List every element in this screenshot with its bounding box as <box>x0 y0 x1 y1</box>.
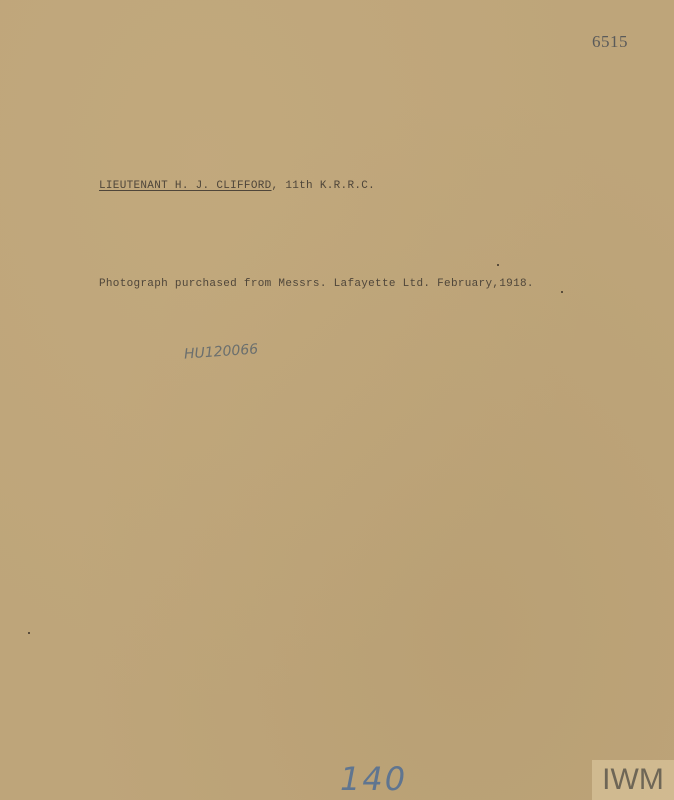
heading-unit: , 11th K.R.R.C. <box>272 180 376 192</box>
reference-number: 6515 <box>592 32 628 52</box>
paper-speck <box>561 291 563 293</box>
heading-line: LIEUTENANT H. J. CLIFFORD, 11th K.R.R.C. <box>99 180 375 192</box>
handwritten-code: HU120066 <box>184 341 259 362</box>
handwritten-page-number: 140 <box>340 760 407 798</box>
iwm-watermark: IWM <box>592 760 674 800</box>
paper-speck <box>497 264 499 266</box>
body-line: Photograph purchased from Messrs. Lafaye… <box>99 278 534 290</box>
paper-speck <box>28 632 30 634</box>
heading-name: LIEUTENANT H. J. CLIFFORD <box>99 180 272 192</box>
